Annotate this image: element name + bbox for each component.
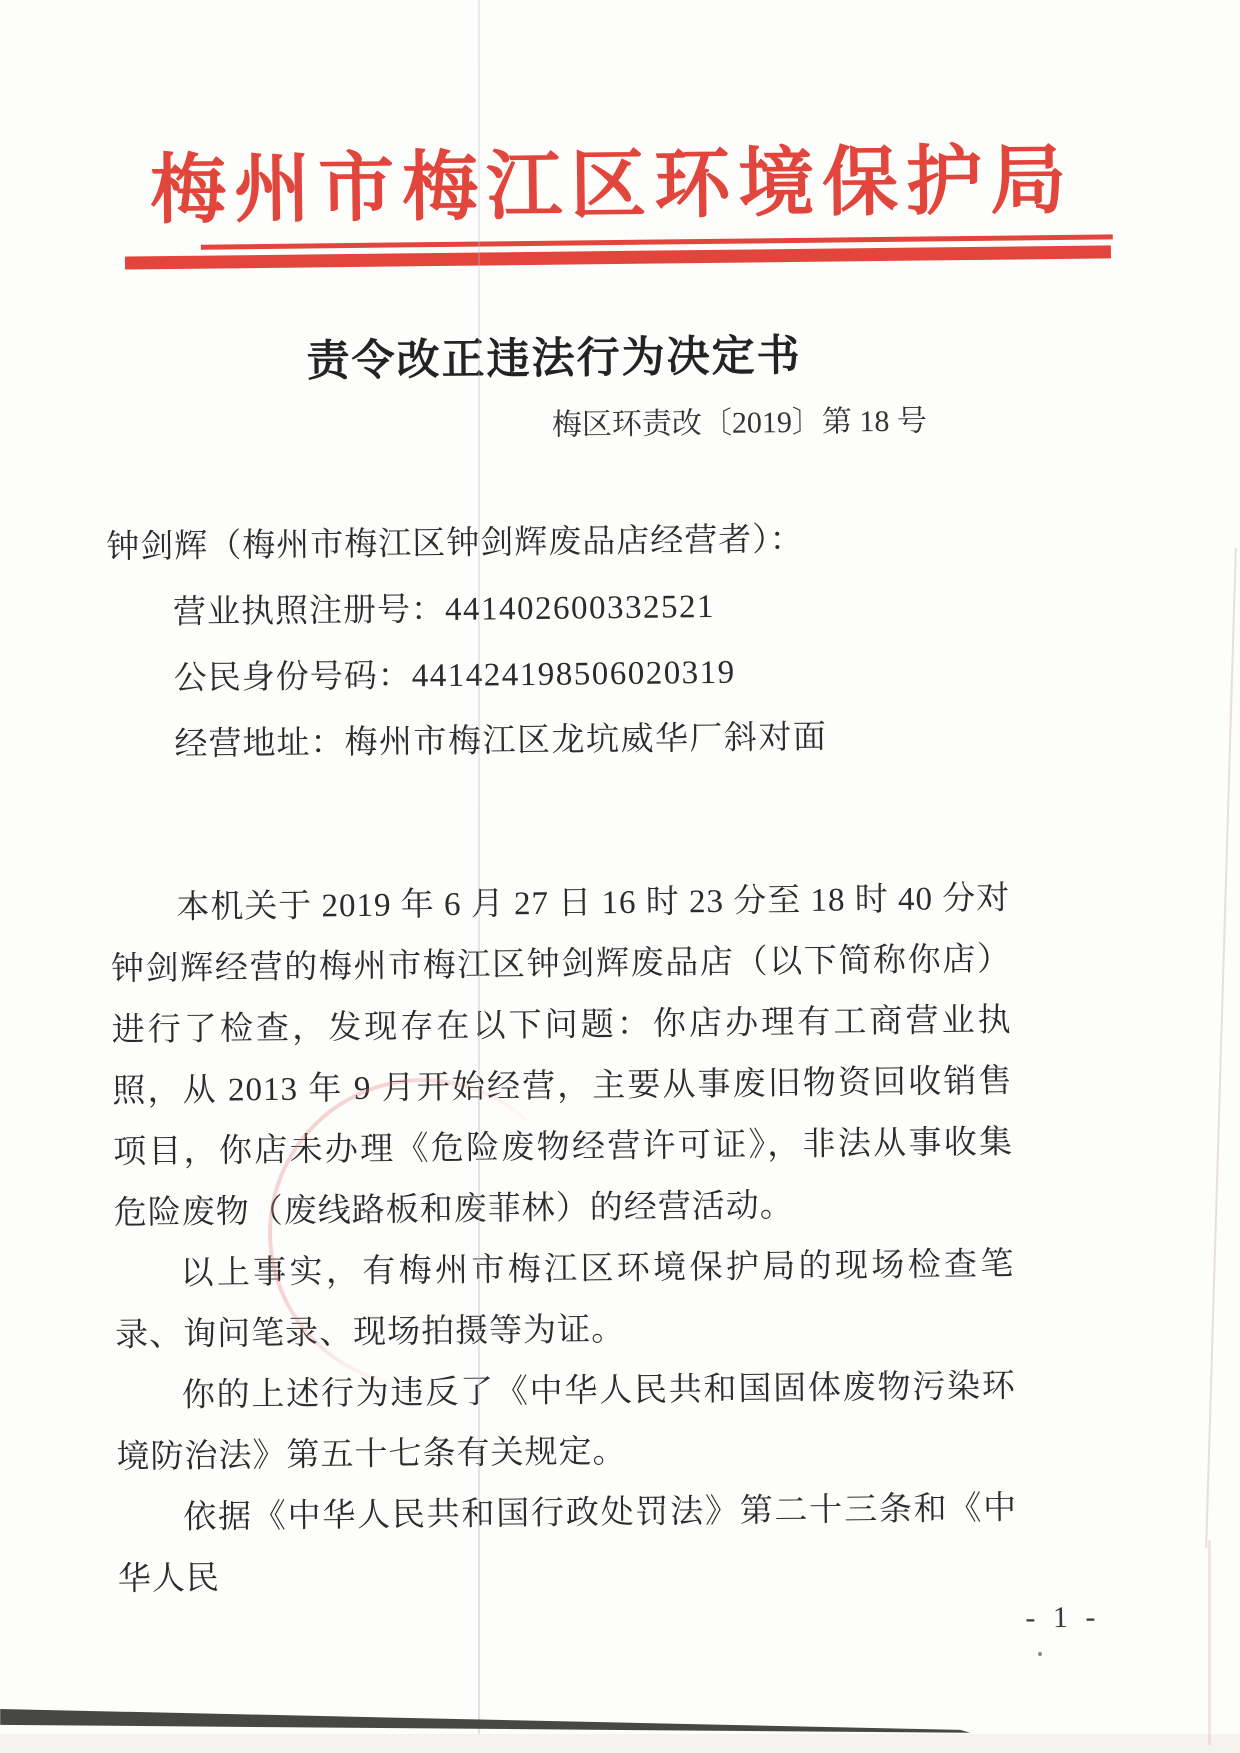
info-line-citizen-id: 公民身份号码：441424198506020319	[107, 637, 1008, 713]
info-line-business-address: 经营地址：梅州市梅江区龙坑威华厂斜对面	[108, 703, 1009, 779]
business-license-label: 营业执照注册号：	[173, 592, 445, 631]
business-address-value: 梅州市梅江区龙坑威华厂斜对面	[344, 720, 827, 761]
letterhead: 梅州市梅江区环境保护局	[0, 0, 1233, 271]
scan-background-strip	[0, 1734, 1240, 1753]
document-body: 钟剑辉（梅州市梅江区钟剑辉废品店经营者）： 营业执照注册号：4414026003…	[106, 505, 1018, 1611]
paragraph-legal-basis: 依据《中华人民共和国行政处罚法》第二十三条和《中华人民	[117, 1479, 1018, 1611]
recipient-line: 钟剑辉（梅州市梅江区钟剑辉废品店经营者）：	[106, 505, 1007, 581]
document-title: 责令改正违法行为决定书	[104, 330, 1005, 390]
citizen-id-label: 公民身份号码：	[174, 659, 412, 698]
letterhead-rule-thick	[125, 245, 1111, 269]
page-content: 梅州市梅江区环境保护局 责令改正违法行为决定书 梅区环责改〔2019〕第 18 …	[0, 0, 1240, 1753]
agency-name: 梅州市梅江区环境保护局	[0, 141, 1233, 231]
scanned-document-page: 梅州市梅江区环境保护局 责令改正违法行为决定书 梅区环责改〔2019〕第 18 …	[0, 0, 1240, 1753]
scan-speck	[1038, 1652, 1042, 1656]
page-number: - 1 -	[1025, 1601, 1100, 1636]
citizen-id-number: 441424198506020319	[412, 655, 736, 695]
info-line-business-license: 营业执照注册号：441402600332521	[107, 571, 1008, 647]
business-address-label: 经营地址：	[174, 726, 344, 764]
red-seal-stamp	[268, 1078, 578, 1388]
document-number: 梅区环责改〔2019〕第 18 号	[105, 403, 1005, 449]
business-license-number: 441402600332521	[445, 589, 715, 628]
paragraph-violation: 你的上述行为违反了《中华人民共和国固体废物污染环境防治法》第五十七条有关规定。	[116, 1357, 1017, 1489]
fold-crease-line	[478, 0, 480, 1753]
page-edge-tint	[1208, 1540, 1211, 1745]
